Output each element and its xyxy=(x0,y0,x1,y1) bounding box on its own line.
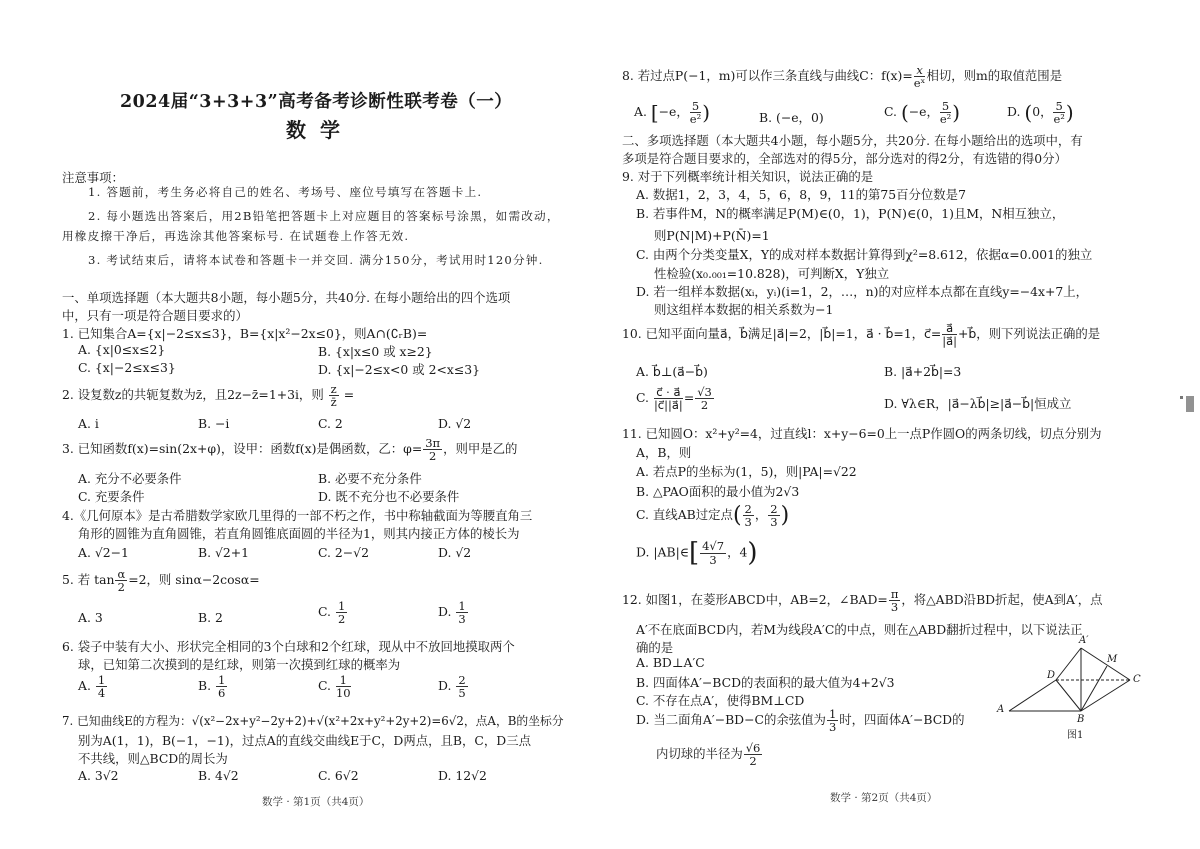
label-b: B xyxy=(1077,714,1084,725)
question-8-stem: 8. 若过点P(−1，m)可以作三条直线与曲线C：f(x)=xeˣ相切，则m的取… xyxy=(622,64,1062,89)
q12-option-b: B. 四面体A′−BCD的表面积的最大值为4+2√3 xyxy=(636,673,895,691)
q2-option-b: B. −i xyxy=(198,416,229,431)
question-2-stem: 2. 设复数z的共轭复数为z̄，且2z−z̄=1+3i，则 zz̄ = xyxy=(62,383,354,408)
q4-option-c: C. 2−√2 xyxy=(318,545,369,560)
q3-option-b: B. 必要不充分条件 xyxy=(318,469,422,487)
q11-option-d: D. |AB|∈[4√73，4) xyxy=(636,538,758,568)
fraction: 3π2 xyxy=(423,437,442,462)
q9-option-a: A. 数据1，2，3，4，5，6，8，9，11的第75百分位数是7 xyxy=(636,185,966,203)
q12-option-a: A. BD⊥A′C xyxy=(636,655,705,670)
question-3-stem: 3. 已知函数f(x)=sin(2x+φ)，设甲：函数f(x)是偶函数，乙：φ=… xyxy=(62,437,517,462)
question-11-stem-cont: A，B，则 xyxy=(636,443,691,461)
section-2-heading-cont: 多项是符合题目要求的，全部选对的得5分，部分选对的得2分，有选错的得0分） xyxy=(622,149,1067,167)
question-6-stem-line1: 6. 袋子中装有大小、形状完全相同的3个白球和2个红球，现从中不放回地摸取两个 xyxy=(62,637,515,655)
question-9-stem: 9. 对于下列概率统计相关知识，说法正确的是 xyxy=(622,167,873,185)
exam-page-1: 2024届“3+3+3”高考备考诊断性联考卷（一） 数学 注意事项： 1. 答题… xyxy=(62,0,602,849)
q3-option-d: D. 既不充分也不必要条件 xyxy=(318,487,459,505)
question-5-stem: 5. 若 tanα2=2，则 sinα−2cosα= xyxy=(62,568,260,593)
section-1-heading: 一、单项选择题（本大题共8小题，每小题5分，共40分. 在每小题给出的四个选项 xyxy=(62,288,510,306)
notice-item-2: 2. 每小题选出答案后，用2B铅笔把答题卡上对应题目的答案标号涂黑，如需改动， xyxy=(88,208,560,224)
q4-option-d: D. √2 xyxy=(438,545,471,560)
q4-option-b: B. √2+1 xyxy=(198,545,249,560)
q1-option-b: B. {x|x≤0 或 x≥2} xyxy=(318,342,433,360)
question-12-stem-line3: 确的是 xyxy=(636,638,673,656)
figure-caption: 图1 xyxy=(1067,726,1083,741)
section-1-heading-cont: 中，只有一项是符合题目要求的） xyxy=(62,306,248,324)
subject-title: 数学 xyxy=(286,114,354,143)
q2-option-a: A. i xyxy=(78,416,99,431)
fraction: xeˣ xyxy=(914,64,926,89)
q9-option-c-cont: 性检验(x₀.₀₀₁=10.828)，可判断X，Y独立 xyxy=(654,264,889,282)
q9-option-b: B. 若事件M，N的概率满足P(M)∈(0，1)，P(N)∈(0，1)且M，N相… xyxy=(636,204,1064,222)
q10-option-d: D. ∀λ∈R，|a⃗−λb⃗|≥|a⃗−b⃗|恒成立 xyxy=(884,394,1071,412)
notice-item-1: 1. 答题前，考生务必将自己的姓名、考场号、座位号填写在答题卡上. xyxy=(88,184,482,200)
question-12-stem: 12. 如图1，在菱形ABCD中，AB=2，∠BAD=π3，将△ABD沿BD折起… xyxy=(622,588,1103,613)
q11-option-c: C. 直线AB过定点(23，23) xyxy=(636,503,789,528)
fraction: α2 xyxy=(115,568,127,593)
scan-artifact-mark xyxy=(1186,396,1194,412)
label-a: A xyxy=(997,704,1004,715)
q1-option-a: A. {x|0≤x≤2} xyxy=(78,342,165,357)
q10-option-a: A. b⃗⊥(a⃗−b⃗) xyxy=(636,364,708,379)
q9-option-c: C. 由两个分类变量X，Y的成对样本数据计算得到χ²=8.612，依据α=0.0… xyxy=(636,245,1092,263)
q11-option-a: A. 若点P的坐标为(1，5)，则|PA|=√22 xyxy=(636,462,857,480)
q12-option-c: C. 不存在点A′，使得BM⊥CD xyxy=(636,691,804,709)
q4-option-a: A. √2−1 xyxy=(78,545,129,560)
fraction: a⃗|a⃗| xyxy=(942,322,957,347)
page-footer: 数学 · 第1页（共4页） xyxy=(262,794,369,809)
section-2-heading: 二、多项选择题（本大题共4小题，每小题5分，共20分. 在每小题给出的选项中，有 xyxy=(622,131,1083,149)
question-12-stem-line2: A′不在底面BCD内，若M为线段A′C的中点，则在△ABD翻折过程中，以下说法正 xyxy=(636,620,1083,638)
exam-title: 2024届“3+3+3”高考备考诊断性联考卷（一） xyxy=(120,88,512,113)
q6-option-b: B. 16 xyxy=(198,674,228,699)
page-footer: 数学 · 第2页（共4页） xyxy=(830,790,937,805)
q3-option-c: C. 充要条件 xyxy=(78,487,144,505)
q6-option-a: A. 14 xyxy=(78,674,108,699)
fraction: zz̄ xyxy=(329,383,339,408)
q11-option-b: B. △PAO面积的最小值为2√3 xyxy=(636,482,799,500)
question-4-stem-line2: 角形的圆锥为直角圆锥，若直角圆锥底面圆的半径为1，则其内接正方体的棱长为 xyxy=(78,524,520,542)
question-10-stem: 10. 已知平面向量a⃗，b⃗满足|a⃗|=2，|b⃗|=1，a⃗ · b⃗=1… xyxy=(622,322,1100,347)
question-4-stem-line1: 4.《几何原本》是古希腊数学家欧几里得的一部不朽之作，书中称轴截面为等腰直角三 xyxy=(62,506,532,524)
q1-option-d: D. {x|−2≤x<0 或 2<x≤3} xyxy=(318,360,480,378)
label-c: C xyxy=(1133,674,1141,685)
label-d: D xyxy=(1047,670,1055,681)
notice-item-3: 3. 考试结束后，请将本试卷和答题卡一并交回. 满分150分，考试用时120分钟… xyxy=(88,252,543,268)
q5-option-a: A. 3 xyxy=(78,610,103,625)
q10-option-b: B. |a⃗+2b⃗|=3 xyxy=(884,364,961,379)
q8-option-d: D. (0，5e²) xyxy=(1007,100,1074,125)
notice-item-2-cont: 用橡皮擦干净后，再选涂其他答案标号. 在试题卷上作答无效. xyxy=(62,228,409,244)
q6-option-c: C. 110 xyxy=(318,674,352,699)
q12-option-d-cont: 内切球的半径为√62 xyxy=(656,742,763,767)
q8-option-c: C. (−e，5e²) xyxy=(884,100,960,125)
q5-option-c: C. 12 xyxy=(318,600,348,625)
q7-option-a: A. 3√2 xyxy=(78,768,119,783)
q9-option-b-cont: 则P(N|M)+P(N̄)=1 xyxy=(654,226,770,244)
scan-artifact-dot xyxy=(1180,396,1183,399)
q2-option-d: D. √2 xyxy=(438,416,471,431)
q5-option-b: B. 2 xyxy=(198,610,223,625)
q8-option-a: A. [−e，5e²) xyxy=(634,100,710,125)
question-6-stem-line2: 球，已知第二次摸到的是红球，则第一次摸到红球的概率为 xyxy=(78,655,400,673)
q8-option-b: B. (−e，0) xyxy=(759,108,824,126)
question-11-stem: 11. 已知圆O：x²+y²=4，过直线l：x+y−6=0上一点P作圆O的两条切… xyxy=(622,424,1102,442)
q10-option-c: C. c⃗ · a⃗|c⃗||a⃗|=√32 xyxy=(636,386,715,411)
fraction: π3 xyxy=(889,588,901,613)
q3-option-a: A. 充分不必要条件 xyxy=(78,469,182,487)
q12-option-d: D. 当二面角A′−BD−C的余弦值为13时，四面体A′−BCD的 xyxy=(636,708,965,733)
figure-1-tetrahedron: A B C D A′ M 图1 xyxy=(997,640,1157,750)
question-7-stem-line1: 7. 已知曲线E的方程为：√(x²−2x+y²−2y+2)+√(x²+2x+y²… xyxy=(62,712,564,729)
exam-page-2: 8. 若过点P(−1，m)可以作三条直线与曲线C：f(x)=xeˣ相切，则m的取… xyxy=(622,0,1177,849)
question-1-stem: 1. 已知集合A={x|−2≤x≤3}，B={x|x²−2x≤0}，则A∩(∁ᵣ… xyxy=(62,324,427,342)
q7-option-d: D. 12√2 xyxy=(438,768,487,783)
q7-option-c: C. 6√2 xyxy=(318,768,359,783)
label-a-prime: A′ xyxy=(1079,635,1089,646)
question-7-stem-line2: 别为A(1，1)，B(−1，−1)，过点A的直线交曲线E于C，D两点，且B，C，… xyxy=(78,731,531,749)
q2-option-c: C. 2 xyxy=(318,416,343,431)
question-7-stem-line3: 不共线，则△BCD的周长为 xyxy=(78,749,228,767)
q6-option-d: D. 25 xyxy=(438,674,469,699)
q7-option-b: B. 4√2 xyxy=(198,768,239,783)
q9-option-d-cont: 则这组样本数据的相关系数为−1 xyxy=(654,300,833,318)
q1-option-c: C. {x|−2≤x≤3} xyxy=(78,360,176,375)
q5-option-d: D. 13 xyxy=(438,600,469,625)
label-m: M xyxy=(1107,654,1117,665)
q9-option-d: D. 若一组样本数据(xᵢ，yᵢ)(i=1，2，…，n)的对应样本点都在直线y=… xyxy=(636,282,1088,300)
